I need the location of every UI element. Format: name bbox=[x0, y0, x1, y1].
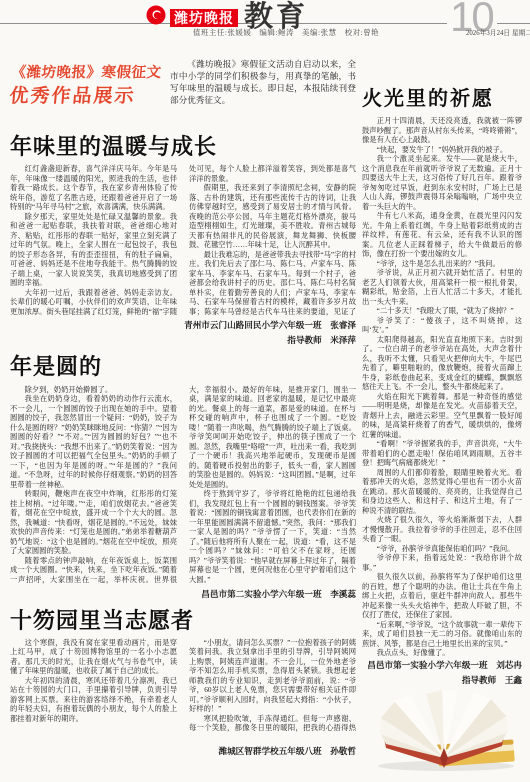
paragraph: “二十多天！”我瞪大了眼，“就为了烧掉？” bbox=[362, 306, 522, 316]
byline-school: 青州市云门山路回民小学六年级一班 张睿泽 bbox=[10, 319, 356, 331]
paragraph: 这个寒假，我没有窝在家里看动画片，而是穿上红马甲，成了十笏园博物馆里的一名小小志… bbox=[10, 638, 177, 676]
paragraph: 爷爷停下来，指着远处说：“我给你讲个故事。” bbox=[362, 553, 522, 572]
paragraph: 火烧了很久很久，等火焰渐渐弱下去，人群才慢慢散开。我拉着爷爷的手往回走，忍不住回… bbox=[362, 515, 522, 544]
byline-school: 昌邑市第二实验小学六年级一班 李溪蕊 bbox=[10, 588, 356, 600]
byline-teacher: 指导教师 王鑫 bbox=[362, 674, 522, 686]
feature-intro: 《潍坊晚报》寒假征文活动自启动以来，全市中小学的同学们积极参与，用真挚的笔触，书… bbox=[170, 54, 356, 126]
open-book-photo bbox=[362, 688, 522, 777]
article-body: 除夕到，奶奶开始擀圆了。我坐在奶奶身边，看着奶奶的动作行云流水，不一会儿，一个圆… bbox=[10, 385, 356, 585]
issue-date: 2026年3月24日 星期二 bbox=[466, 27, 530, 37]
paragraph: 除夕那天，家里处处是忙碌又温馨的景象。我和爸爸一起贴春联，我扶着对联，爸爸细心地… bbox=[10, 212, 177, 288]
feature-title-line1: 《潍坊晚报》寒假征文 bbox=[11, 62, 163, 84]
article-warmth-and-growth: 年味里的温暖与成长 红灯盏盏迎新春，喜气洋洋庆马年。今年是马年，年味像一缕温暖的… bbox=[10, 134, 356, 346]
paragraph: 很久很久以前，孙膑将军为了保护咱们这里的百姓，想了个聪明的办法。他让士兵在牛角上… bbox=[362, 572, 522, 620]
article-title: 年味里的温暖与成长 bbox=[10, 134, 356, 159]
article-shihuyuan-volunteer: 十笏园里当志愿者 这个寒假，我没有窝在家里看动画片，而是穿上红马甲，成了十笏园博… bbox=[10, 608, 356, 757]
byline-teacher: 指导教师 米泽萍 bbox=[10, 334, 356, 346]
article-title: 十笏园里当志愿者 bbox=[10, 608, 356, 633]
staff-credits: 值班主任:张媛媛 编辑:鲍涛 美编:张慧 校对:曾艳 bbox=[158, 27, 414, 38]
header-rule-right bbox=[497, 23, 530, 24]
paragraph: 爷爷笑了：“傻孩子，这不叫烧掉，这叫‘发’。” bbox=[362, 316, 522, 335]
paragraph: “小朋友，请问怎么买票？”一位抱着孩子的阿姨笑着问我。我立刻拿出手里的引导牌，引… bbox=[189, 638, 356, 714]
paragraph: “看啊！”爷爷握紧我的手，声音洪亮，“大牛带着咱们的心愿走啦！保佑咱风调雨顺，五… bbox=[362, 439, 522, 468]
paragraph: 牛有七八米高，通身金黄，在晨光里闪闪发光。牛角上系着红绸，牛身上贴着彩纸剪成的吉… bbox=[362, 211, 522, 259]
byline-school: 潍城区智群学校五年级八班 孙敬哲 bbox=[10, 745, 356, 757]
paragraph: 除夕到，奶奶开始擀圆了。 bbox=[10, 385, 177, 395]
brand-name: 潍坊晚报 bbox=[170, 9, 238, 27]
paragraph: “爷爷，孙膑爷爷真能保佑咱们吗？”我问。 bbox=[362, 544, 522, 554]
paragraph: 火焰在阳光下跳着舞。那是一种奇怪的感觉——明明是烧，却像是在发光。火苗舔着天空，… bbox=[362, 392, 522, 440]
paragraph: 大年初四的清晨，寒风还带着几分凛冽，我已站在十笏园的大门口，手里攥着引导牌，负责… bbox=[10, 676, 177, 724]
feature-banner: 《潍坊晚报》寒假征文 优秀作品展示 《潍坊晚报》寒假征文活动自启动以来，全市中小… bbox=[10, 54, 356, 126]
paragraph: 正月十四清晨，天还没亮透，我就被一阵锣鼓声吵醒了。那声音从村东头传来，“咚咚锵锵… bbox=[362, 116, 522, 145]
paragraph: “快起，要发牛了！”妈妈掀开我的被子。 bbox=[362, 145, 522, 155]
feature-title-line2: 优秀作品展示 bbox=[8, 84, 160, 110]
article-title: 年是圆的 bbox=[10, 354, 356, 379]
masthead: 潍坊晚报 教育 值班主任:张媛媛 编辑:鲍涛 美编:张慧 校对:曾艳 10 20… bbox=[0, 0, 530, 50]
paragraph: 爷爷说，从正月初六就开始忙活了。村里的老艺人们领着大伙，用高粱秆一根一根扎骨架，… bbox=[362, 268, 522, 306]
right-column-region: 火光里的祈愿 正月十四清晨，天还没亮透，我就被一阵锣鼓声吵醒了。那声音从村东头传… bbox=[362, 54, 522, 777]
article-title: 火光里的祈愿 bbox=[362, 88, 522, 111]
article-body: 正月十四清晨，天还没亮透，我就被一阵锣鼓声吵醒了。那声音从村东头传来，“咚咚锵锵… bbox=[362, 116, 522, 656]
paragraph: 我点点头，好像懂了。 bbox=[362, 648, 522, 656]
article-body: 红灯盏盏迎新春，喜气洋洋庆马年。今年是马年，年味像一缕温暖的阳光，照进我的生活，… bbox=[10, 164, 356, 316]
paragraph: “爷爷，这牛是怎么扎出来的？”我问。 bbox=[362, 259, 522, 269]
left-column-region: 《潍坊晚报》寒假征文 优秀作品展示 《潍坊晚报》寒假征文活动自启动以来，全市中小… bbox=[10, 54, 356, 757]
article-body: 这个寒假，我没有窝在家里看动画片，而是穿上红马甲，成了十笏园博物馆里的一名小小志… bbox=[10, 638, 356, 742]
paragraph: 周围的人们都仰着脸，眼睛里映着火光。看着那冲天的火焰，忽然觉得心里也有一团小火苗… bbox=[362, 468, 522, 516]
article-prayer-in-firelight: 火光里的祈愿 正月十四清晨，天还没亮透，我就被一阵锣鼓声吵醒了。那声音从村东头传… bbox=[362, 88, 522, 686]
newspaper-page: 潍坊晚报 教育 值班主任:张媛媛 编辑:鲍涛 美编:张慧 校对:曾艳 10 20… bbox=[0, 0, 530, 782]
paragraph: 转眼间，鞭炮声在夜空中炸响，红彤彤的灯笼挂上树梢。“过年喽。”“走，咱们放烟花去… bbox=[10, 489, 177, 556]
paragraph: 假期里，我还来到了李清照纪念祠，安静的院落、古朴的建筑，还有那些流传千古的诗词，… bbox=[189, 183, 356, 250]
byline-school: 昌邑市第一实验小学六年级一班 刘芯冉 bbox=[362, 659, 522, 671]
paragraph: 终于熬到守岁了，爷爷将红艳艳的红包递给我们，我发现红包上有一个圆圆的铜钱图案。爷… bbox=[189, 489, 356, 584]
paragraph: 我一个激灵坐起来。发牛——就是烧大牛，这个消息我在年前就听爷爷说了无数遍。正月十… bbox=[362, 154, 522, 211]
feature-title: 《潍坊晚报》寒假征文 优秀作品展示 bbox=[7, 54, 163, 126]
paragraph: 我坐在奶奶身边，看着奶奶的动作行云流水，不一会儿，一个圆圆的饺子出现在她的手中。… bbox=[10, 394, 177, 489]
paragraph: 红灯盏盏迎新春，喜气洋洋庆马年。今年是马年，年味像一缕温暖的阳光，照进我的生活，… bbox=[10, 164, 177, 212]
paragraph: 太阳爬得越高，阳光直直地照下来。吉时到了。一位白胡子的老爷爷站在高处，大声念着什… bbox=[362, 335, 522, 392]
article-year-is-round: 年是圆的 除夕到，奶奶开始擀圆了。我坐在奶奶身边，看着奶奶的动作行云流水，不一会… bbox=[10, 354, 356, 599]
paragraph: “后来啊，”爷爷说，“这个故事就一辈一辈传下来，成了咱们县独一无二的习俗。就像咱… bbox=[362, 620, 522, 649]
